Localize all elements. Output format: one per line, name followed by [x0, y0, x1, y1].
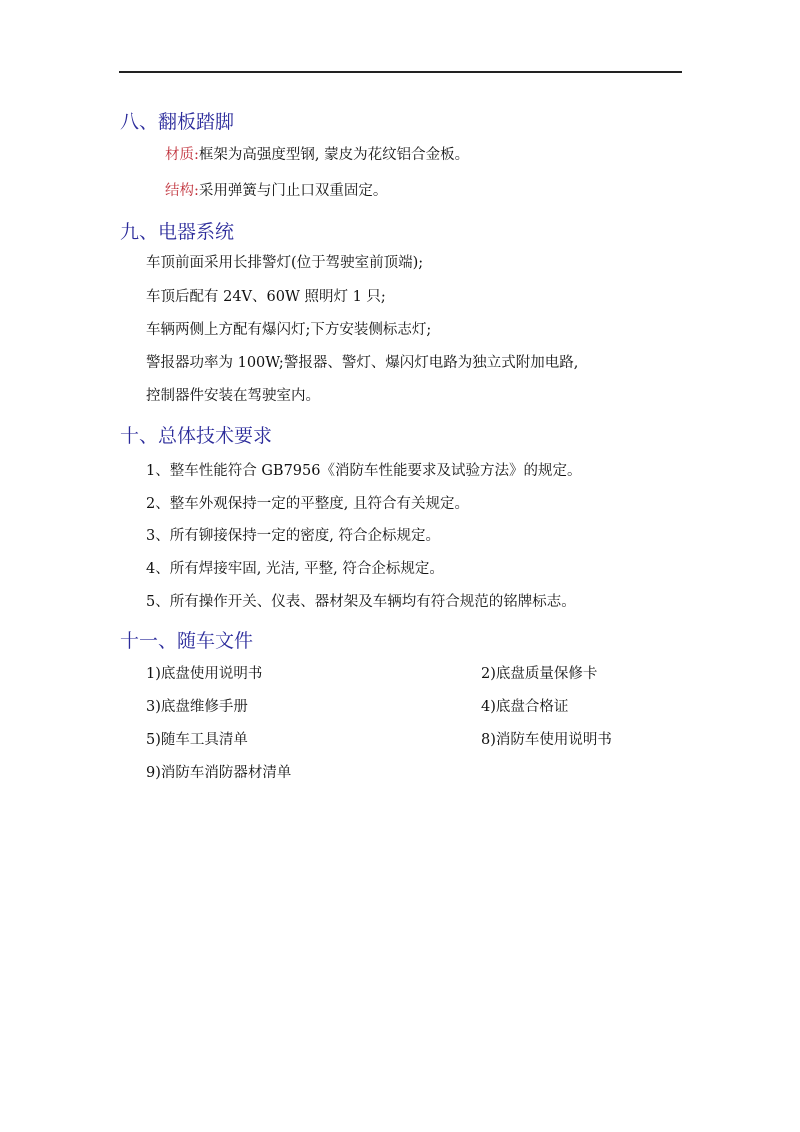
document-item: 9)消防车消防器材清单	[146, 761, 291, 782]
material-text: 框架为高强度型钢, 蒙皮为花纹铝合金板。	[199, 147, 469, 163]
section-10-heading: 十、总体技术要求	[120, 421, 272, 448]
electrical-line-2: 车顶后配有 24V、60W 照明灯 1 只;	[146, 285, 386, 306]
section-9-heading: 九、电器系统	[120, 217, 234, 244]
electrical-line-3: 车辆两侧上方配有爆闪灯;下方安装侧标志灯;	[146, 318, 431, 339]
structure-line: 结构:采用弹簧与门止口双重固定。	[165, 179, 387, 200]
document-item: 2)底盘质量保修卡	[481, 662, 597, 683]
document-item: 8)消防车使用说明书	[481, 728, 612, 749]
requirement-3: 3、所有铆接保持一定的密度, 符合企标规定。	[146, 524, 440, 545]
electrical-line-5: 控制器件安装在驾驶室内。	[146, 384, 320, 405]
material-label: 材质:	[165, 147, 199, 163]
requirement-4: 4、所有焊接牢固, 光洁, 平整, 符合企标规定。	[146, 557, 444, 578]
section-11-heading: 十一、随车文件	[120, 626, 253, 653]
document-item: 3)底盘维修手册	[146, 695, 248, 716]
requirement-2: 2、整车外观保持一定的平整度, 且符合有关规定。	[146, 492, 469, 513]
document-item: 5)随车工具清单	[146, 728, 248, 749]
requirement-1: 1、整车性能符合 GB7956《消防车性能要求及试验方法》的规定。	[146, 459, 581, 480]
section-8-title: 翻板踏脚	[158, 111, 234, 133]
material-line: 材质:框架为高强度型钢, 蒙皮为花纹铝合金板。	[165, 143, 469, 164]
structure-label: 结构:	[165, 183, 199, 199]
electrical-line-4: 警报器功率为 100W;警报器、警灯、爆闪灯电路为独立式附加电路,	[146, 351, 578, 372]
structure-text: 采用弹簧与门止口双重固定。	[199, 183, 388, 199]
document-item: 4)底盘合格证	[481, 695, 568, 716]
electrical-line-1: 车顶前面采用长排警灯(位于驾驶室前顶端);	[146, 251, 423, 272]
section-8-number: 八、	[120, 107, 158, 134]
top-rule	[119, 71, 682, 73]
requirement-5: 5、所有操作开关、仪表、器材架及车辆均有符合规范的铭牌标志。	[146, 590, 576, 611]
section-8-heading: 八、翻板踏脚	[120, 107, 234, 134]
document-item: 1)底盘使用说明书	[146, 662, 262, 683]
